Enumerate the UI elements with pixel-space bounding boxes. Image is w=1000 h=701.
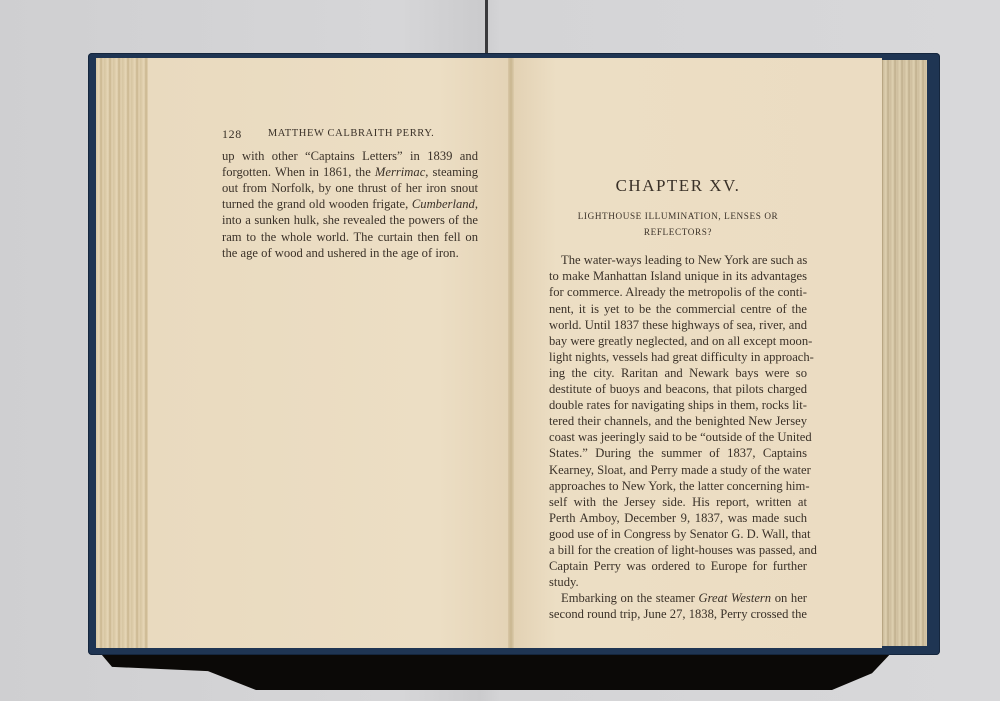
page-edges-right	[882, 60, 927, 646]
text-line: good use of in Congress by Senator G. D.…	[549, 526, 807, 542]
text-line: Embarking on the steamer Great Western o…	[549, 590, 807, 606]
left-paragraph: up with other “Captains Letters” in 1839…	[222, 148, 478, 261]
text-line: nent, it is yet to be the commercial cen…	[549, 301, 807, 317]
text-line: Captain Perry was ordered to Europe for …	[549, 558, 807, 574]
book-gutter	[508, 58, 514, 648]
text-line: up with other “Captains Letters” in 1839…	[222, 148, 478, 164]
running-head: 128 MATTHEW CALBRAITH PERRY.	[222, 126, 478, 142]
text-line: second round trip, June 27, 1838, Perry …	[549, 606, 807, 622]
page-edges-left	[96, 58, 149, 648]
text-line: tered their channels, and the benighted …	[549, 413, 807, 429]
text-line: to make Manhattan Island unique in its a…	[549, 268, 807, 284]
text-line: The water-ways leading to New York are s…	[549, 252, 807, 268]
left-page-content: 128 MATTHEW CALBRAITH PERRY. up with oth…	[222, 126, 478, 261]
page-number: 128	[222, 126, 242, 142]
text-line: Kearney, Sloat, and Perry made a study o…	[549, 462, 807, 478]
text-line: world. Until 1837 these highways of sea,…	[549, 317, 807, 333]
text-line: States.” During the summer of 1837, Capt…	[549, 445, 807, 461]
chapter-title: CHAPTER XV.	[549, 178, 807, 194]
text-line: self with the Jersey side. His report, w…	[549, 494, 807, 510]
text-line: into a sunken hulk, she revealed the pow…	[222, 212, 478, 228]
text-line: ram to the whole world. The curtain then…	[222, 229, 478, 245]
running-head-title: MATTHEW CALBRAITH PERRY.	[268, 126, 435, 142]
right-page-content: CHAPTER XV. LIGHTHOUSE ILLUMINATION, LEN…	[549, 178, 807, 622]
text-line: out from Norfolk, by one thrust of her i…	[222, 180, 478, 196]
text-line: for commerce. Already the metropolis of …	[549, 284, 807, 300]
text-line: a bill for the creation of light-houses …	[549, 542, 807, 558]
text-line: turned the grand old wooden frigate, Cum…	[222, 196, 478, 212]
text-line: study.	[549, 574, 807, 590]
paragraph-1: The water-ways leading to New York are s…	[549, 252, 807, 590]
text-line: destitute of buoys and beacons, that pil…	[549, 381, 807, 397]
text-line: light nights, vessels had great difficul…	[549, 349, 807, 365]
text-line: forgotten. When in 1861, the Merrimac, s…	[222, 164, 478, 180]
text-line: ing the city. Raritan and Newark bays we…	[549, 365, 807, 381]
text-line: double rates for navigating ships in the…	[549, 397, 807, 413]
text-line: the age of wood and ushered in the age o…	[222, 245, 478, 261]
text-line: bay were greatly neglected, and on all e…	[549, 333, 807, 349]
background-divider	[485, 0, 488, 60]
chapter-subtitle: LIGHTHOUSE ILLUMINATION, LENSES OR REFLE…	[549, 208, 807, 240]
text-line: coast was jeeringly said to be “outside …	[549, 429, 807, 445]
text-line: approaches to New York, the latter conce…	[549, 478, 807, 494]
paragraph-2: Embarking on the steamer Great Western o…	[549, 590, 807, 622]
text-line: Perth Amboy, December 9, 1837, was made …	[549, 510, 807, 526]
